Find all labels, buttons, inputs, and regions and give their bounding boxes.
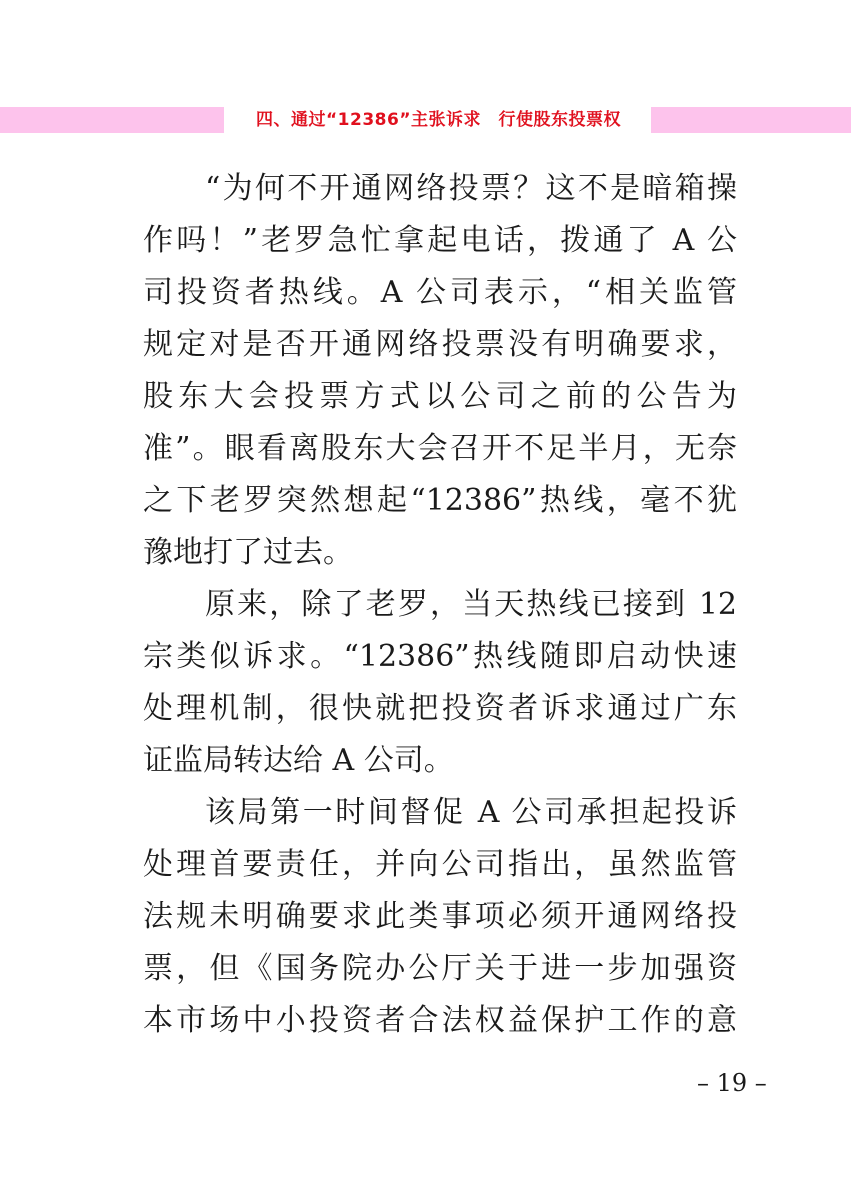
paragraph-3-line-2: 处理首要责任，并向公司指出，虽然监管 bbox=[143, 839, 737, 891]
body-text: “为何不开通网络投票？这不是暗箱操 作吗！”老罗急忙拿起电话，拨通了 A 公 司… bbox=[143, 163, 737, 1047]
paragraph-3-line-4: 票，但《国务院办公厅关于进一步加强资 bbox=[143, 943, 737, 995]
paragraph-2-line-4: 证监局转达给 A 公司。 bbox=[143, 735, 737, 787]
paragraph-1-line-8: 豫地打了过去。 bbox=[143, 527, 737, 579]
header-band-right-decoration bbox=[651, 107, 851, 133]
chapter-title: 四、通过“12386”主张诉求 行使股东投票权 bbox=[236, 107, 641, 133]
paragraph-2-line-1: 原来，除了老罗，当天热线已接到 12 bbox=[143, 579, 737, 631]
paragraph-1-line-5: 股东大会投票方式以公司之前的公告为 bbox=[143, 371, 737, 423]
paragraph-1-line-1: “为何不开通网络投票？这不是暗箱操 bbox=[143, 163, 737, 215]
paragraph-1-line-2: 作吗！”老罗急忙拿起电话，拨通了 A 公 bbox=[143, 215, 737, 267]
paragraph-2-line-3: 处理机制，很快就把投资者诉求通过广东 bbox=[143, 683, 737, 735]
paragraph-1-line-6: 准”。眼看离股东大会召开不足半月，无奈 bbox=[143, 423, 737, 475]
header-band-left-decoration bbox=[0, 107, 224, 133]
paragraph-3-line-3: 法规未明确要求此类事项必须开通网络投 bbox=[143, 891, 737, 943]
paragraph-3-line-1: 该局第一时间督促 A 公司承担起投诉 bbox=[143, 787, 737, 839]
paragraph-1-line-4: 规定对是否开通网络投票没有明确要求， bbox=[143, 319, 737, 371]
page-number: – 19 – bbox=[697, 1068, 767, 1098]
paragraph-1-line-7: 之下老罗突然想起“12386”热线，毫不犹 bbox=[143, 475, 737, 527]
paragraph-1-line-3: 司投资者热线。A 公司表示，“相关监管 bbox=[143, 267, 737, 319]
chapter-header-band: 四、通过“12386”主张诉求 行使股东投票权 bbox=[0, 107, 851, 133]
paragraph-3-line-5: 本市场中小投资者合法权益保护工作的意 bbox=[143, 995, 737, 1047]
paragraph-2-line-2: 宗类似诉求。“12386”热线随即启动快速 bbox=[143, 631, 737, 683]
